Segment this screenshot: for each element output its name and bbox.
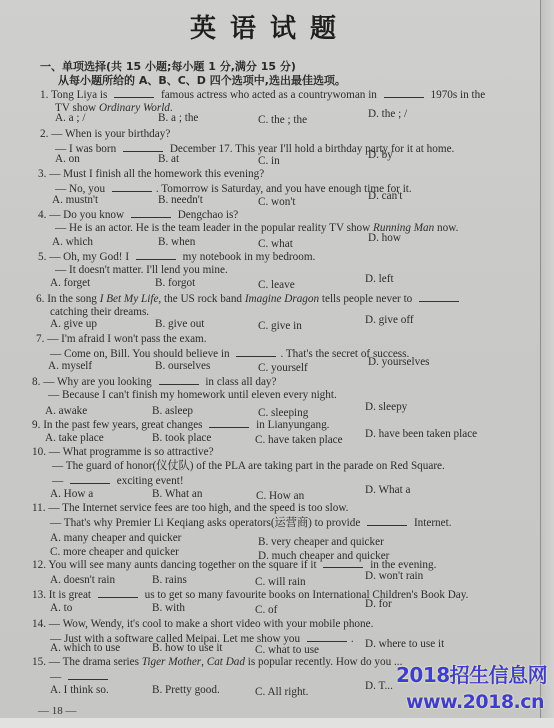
question-9-option-b: B. took place [152, 432, 211, 444]
question-number: 12. [32, 559, 46, 571]
answer-blank [112, 182, 152, 192]
question-2-line: 2. — When is your birthday? [40, 128, 170, 141]
question-number: 6. [36, 293, 44, 305]
question-6-option-a: A. give up [50, 318, 97, 330]
question-4-option-c: C. what [258, 238, 293, 250]
question-1-option-b: B. a ; the [158, 112, 198, 124]
question-7-option-c: C. yourself [258, 362, 308, 374]
answer-blank [367, 516, 407, 526]
page-edge [540, 0, 554, 728]
question-7-option-d: D. yourselves [368, 356, 430, 368]
question-11-line: — That's why Premier Li Keqiang asks ope… [50, 516, 452, 530]
page-number: — 18 — [38, 705, 77, 717]
question-6-option-b: B. give out [155, 318, 204, 330]
question-number: 15. [32, 656, 46, 668]
answer-blank [159, 375, 199, 385]
question-10-option-b: B. What an [152, 488, 202, 500]
question-9-option-c: C. have taken place [255, 434, 343, 446]
question-8-line: — Because I can't finish my homework unt… [48, 389, 337, 402]
question-1-option-c: C. the ; the [258, 114, 307, 126]
question-5-line: 5. — Oh, my God! I my notebook in my bed… [38, 250, 315, 264]
question-14-line: 14. — Wow, Wendy, it's cool to make a sh… [32, 618, 373, 631]
question-number: 13. [32, 589, 46, 601]
question-13-line: 13. It is great us to get so many favour… [32, 588, 468, 602]
question-2-option-b: B. at [158, 153, 179, 165]
question-8-line: 8. — Why are you looking in class all da… [32, 375, 276, 389]
question-2-option-d: D. by [368, 149, 393, 161]
question-6-line: 6. In the song I Bet My Life, the US roc… [36, 292, 463, 306]
question-5-option-d: D. left [365, 273, 394, 285]
question-10-option-d: D. What a [365, 484, 410, 496]
question-3-line: — No, you . Tomorrow is Saturday, and yo… [55, 182, 412, 196]
question-7-option-b: B. ourselves [155, 360, 210, 372]
question-11-option-b: B. very cheaper and quicker [258, 536, 384, 548]
answer-blank [131, 208, 171, 218]
question-number: 9. [32, 419, 40, 431]
question-11-line: 11. — The Internet service fees are too … [32, 502, 348, 515]
question-15-option-d: D. T... [365, 680, 393, 692]
question-13-option-b: B. with [152, 602, 185, 614]
question-4-option-a: A. which [52, 236, 93, 248]
question-3-option-c: C. won't [258, 196, 295, 208]
question-5-option-c: C. leave [258, 279, 295, 291]
bottom-strip [0, 718, 554, 728]
question-13-option-a: A. to [50, 602, 72, 614]
question-12-option-c: C. will rain [255, 576, 306, 588]
question-number: 14. [32, 618, 46, 630]
watermark-url: www.2018.cn [406, 691, 544, 713]
question-3-option-d: D. can't [368, 190, 402, 202]
answer-blank [70, 474, 110, 484]
question-12-option-a: A. doesn't rain [50, 574, 115, 586]
question-10-line: — exciting event! [52, 474, 184, 488]
question-14-option-a: A. which to use [50, 642, 120, 654]
question-11-option-a: A. many cheaper and quicker [50, 532, 181, 544]
question-5-line: — It doesn't matter. I'll lend you mine. [55, 264, 228, 277]
question-13-option-d: D. for [365, 598, 392, 610]
question-3-option-b: B. needn't [158, 194, 203, 206]
answer-blank [123, 142, 163, 152]
question-number: 5. [38, 251, 46, 263]
question-number: 1. [40, 89, 48, 101]
question-6-option-d: D. give off [365, 314, 414, 326]
question-7-line: — Come on, Bill. You should believe in .… [50, 347, 409, 361]
answer-blank [419, 292, 459, 302]
watermark-title: 2018招生信息网 [396, 659, 547, 688]
question-10-option-c: C. How an [256, 490, 304, 502]
question-8-option-b: B. asleep [152, 405, 193, 417]
question-13-option-c: C. of [255, 604, 277, 616]
question-2-option-a: A. on [55, 153, 80, 165]
question-14-option-d: D. where to use it [365, 638, 444, 650]
question-2-line: — I was born December 17. This year I'll… [55, 142, 454, 156]
answer-blank [98, 588, 138, 598]
answer-blank [307, 632, 347, 642]
question-15-option-b: B. Pretty good. [152, 684, 220, 696]
question-14-option-c: C. what to use [255, 644, 319, 656]
question-9-option-d: D. have been taken place [365, 428, 477, 440]
question-1-line: 1. Tong Liya is famous actress who acted… [40, 88, 485, 102]
question-12-option-b: B. rains [152, 574, 187, 586]
question-8-option-a: A. awake [45, 405, 87, 417]
question-number: 7. [36, 333, 44, 345]
answer-blank [68, 670, 108, 680]
question-6-option-c: C. give in [258, 320, 302, 332]
question-9-option-a: A. take place [45, 432, 104, 444]
question-number: 10. [32, 446, 46, 458]
question-number: 4. [38, 209, 46, 221]
question-5-option-a: A. forget [50, 277, 90, 289]
question-2-option-c: C. in [258, 155, 280, 167]
question-15-option-c: C. All right. [255, 686, 308, 698]
question-10-option-a: A. How a [50, 488, 93, 500]
question-number: 11. [32, 502, 46, 514]
answer-blank [114, 88, 154, 98]
question-15-line: — [50, 670, 112, 684]
question-10-line: 10. — What programme is so attractive? [32, 446, 214, 459]
question-15-line: 15. — The drama series Tiger Mother, Cat… [32, 656, 402, 669]
page-title: 英语试题 [0, 8, 540, 45]
question-9-line: 9. In the past few years, great changes … [32, 418, 329, 432]
question-14-option-b: B. how to use it [152, 642, 223, 654]
question-3-line: 3. — Must I finish all the homework this… [38, 168, 264, 181]
question-4-option-b: B. when [158, 236, 195, 248]
question-3-option-a: A. mustn't [52, 194, 98, 206]
question-15-option-a: A. I think so. [50, 684, 109, 696]
question-5-option-b: B. forgot [155, 277, 195, 289]
question-4-option-d: D. how [368, 232, 401, 244]
question-8-option-d: D. sleepy [365, 401, 407, 413]
answer-blank [384, 88, 424, 98]
question-1-option-d: D. the ; / [368, 108, 407, 120]
question-number: 8. [32, 376, 40, 388]
question-10-line: — The guard of honor(仪仗队) of the PLA are… [52, 460, 445, 473]
question-7-option-a: A. myself [48, 360, 92, 372]
question-1-option-a: A. a ; / [55, 112, 85, 124]
section-instruction: 从每小题所给的 A、B、C、D 四个选项中,选出最佳选项。 [58, 72, 346, 88]
answer-blank [323, 558, 363, 568]
question-7-line: 7. — I'm afraid I won't pass the exam. [36, 333, 207, 346]
answer-blank [136, 250, 176, 260]
question-12-option-d: D. won't rain [365, 570, 423, 582]
question-number: 3. [38, 168, 46, 180]
question-4-line: 4. — Do you know Dengchao is? [38, 208, 238, 222]
answer-blank [209, 418, 249, 428]
answer-blank [236, 347, 276, 357]
question-11-option-c: C. more cheaper and quicker [50, 546, 179, 558]
question-number: 2. [40, 128, 48, 140]
